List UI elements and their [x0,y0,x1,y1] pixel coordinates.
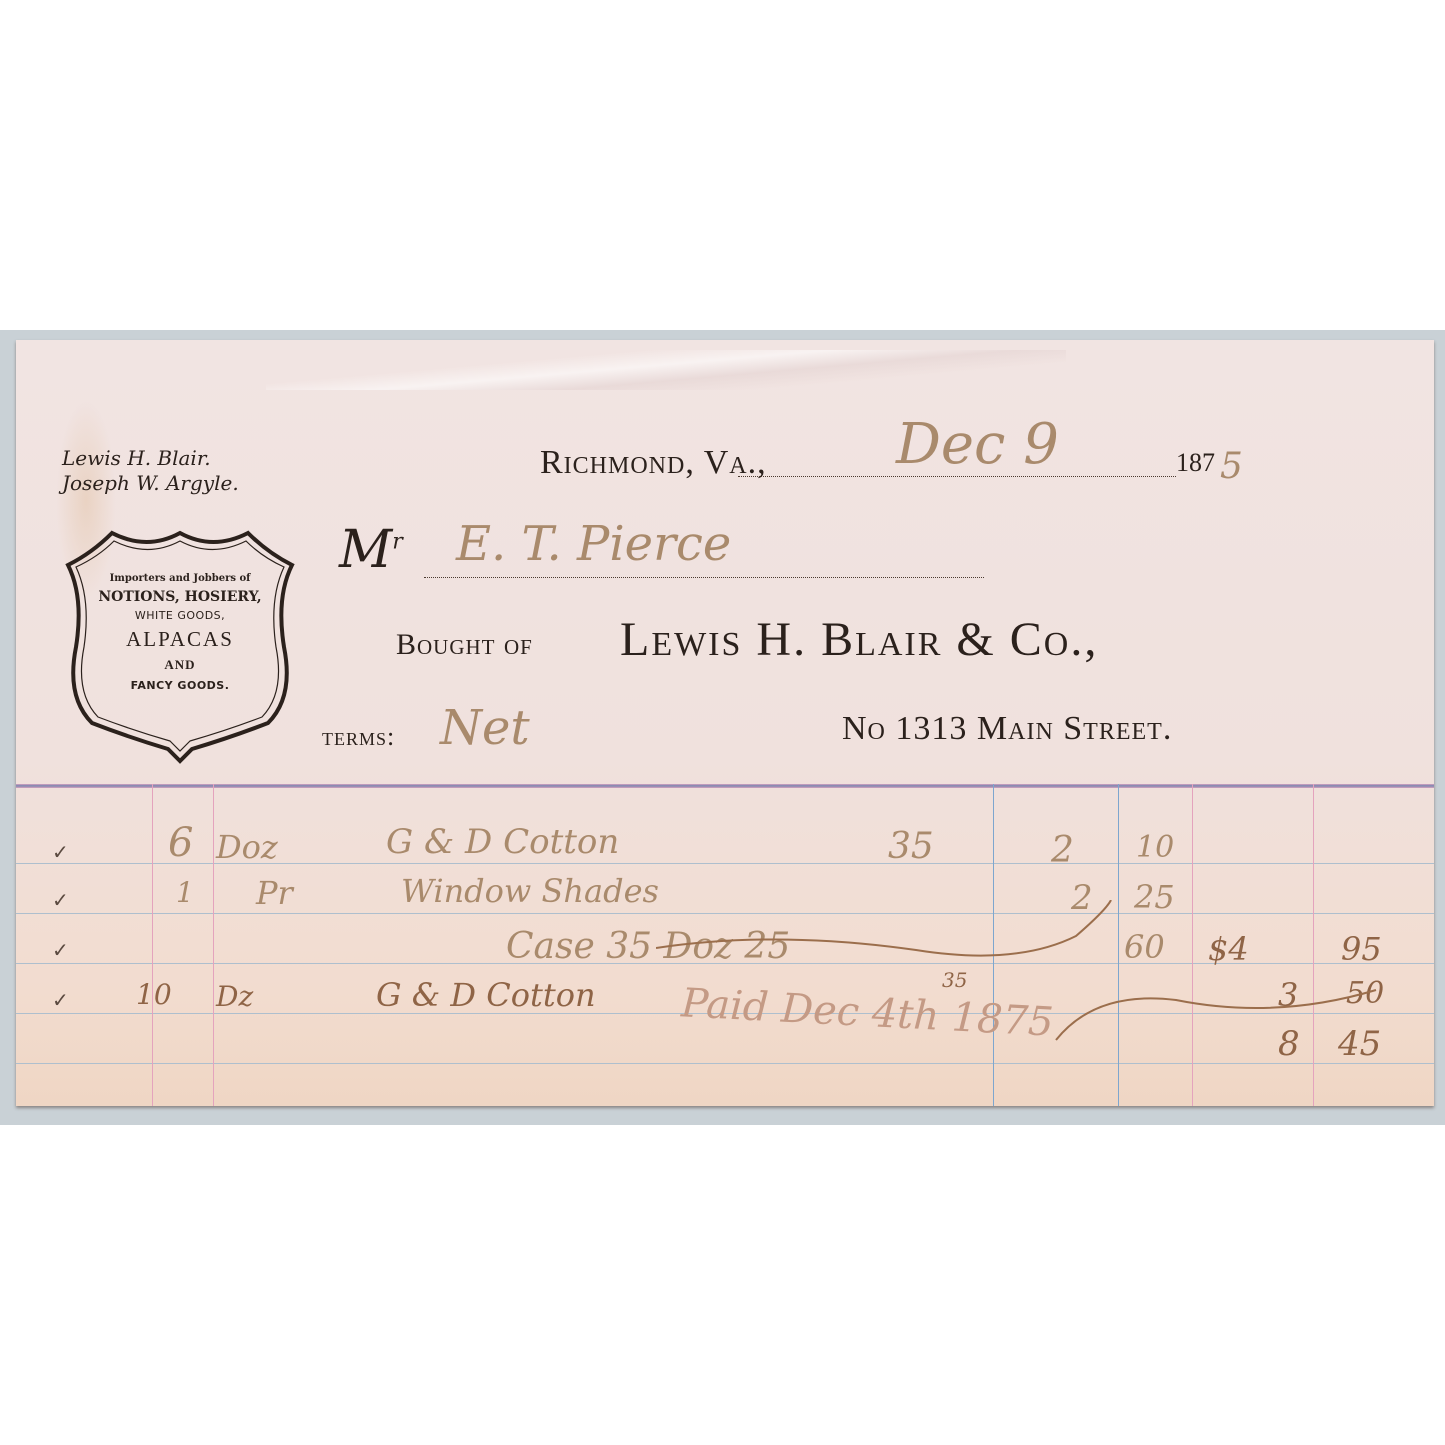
row-1-amount-dollars: 2 [1051,830,1074,871]
shield-line-and: AND [62,658,298,671]
date-handwritten: Dec 9 [896,412,1059,477]
check-mark: ✓ [52,938,69,962]
paper-crease [266,350,1066,390]
shield-line-fancy-goods: FANCY GOODS. [62,680,298,691]
row-4-unit: Dz [216,980,253,1013]
customer-name: E. T. Pierce [456,516,731,572]
shield-emblem: Importers and Jobbers of NOTIONS, HOSIER… [62,527,298,765]
row-4-description: G & D Cotton [376,976,596,1014]
ledger-column-line [213,784,214,1106]
ledger-header-rule [16,784,1434,788]
grand-total-dollars: 8 [1278,1024,1300,1064]
partner-2: Joseph W. Argyle. [62,471,239,496]
grand-total-cents: 45 [1338,1024,1381,1064]
partner-1: Lewis H. Blair. [62,446,239,471]
row-2-description: Window Shades [401,872,659,910]
row-1-description: G & D Cotton [386,822,619,862]
row-1-unit: Doz [216,828,278,866]
row-4-qty: 10 [136,978,172,1011]
location: Richmond, Va., [540,444,767,482]
firm-address: No 1313 Main Street. [842,710,1172,748]
terms-value: Net [440,700,530,756]
row-1-rate: 35 [888,826,934,867]
row-2-qty: 1 [176,876,194,909]
row-2-unit: Pr [256,874,293,912]
ledger-column-line [152,784,153,1106]
invoice-paper: Lewis H. Blair. Joseph W. Argyle. Import… [16,340,1434,1106]
partner-names: Lewis H. Blair. Joseph W. Argyle. [62,446,239,496]
check-mark: ✓ [52,988,69,1012]
salutation-m: M [339,520,392,580]
salutation: Mr [339,520,403,580]
ledger-row-rule [16,1063,1434,1064]
flourish-lines [656,900,1436,1060]
year-handwritten: 5 [1220,446,1243,487]
salutation-suffix: r [392,530,403,555]
bought-of-label: Bought of [396,628,533,662]
customer-dotted-line [424,577,984,578]
year-printed: 187 [1176,448,1215,478]
check-mark: ✓ [52,840,69,864]
shield-line-importers: Importers and Jobbers of [62,574,298,584]
shield-line-notions: NOTIONS, HOSIERY, [62,590,298,604]
shield-line-alpacas: ALPACAS [62,629,298,650]
row-1-amount-cents: 10 [1136,830,1174,865]
check-mark: ✓ [52,888,69,912]
firm-name: Lewis H. Blair & Co., [620,612,1098,667]
terms-label: terms: [322,722,395,752]
row-1-qty: 6 [168,820,193,866]
shield-line-white-goods: WHITE GOODS, [62,610,298,621]
